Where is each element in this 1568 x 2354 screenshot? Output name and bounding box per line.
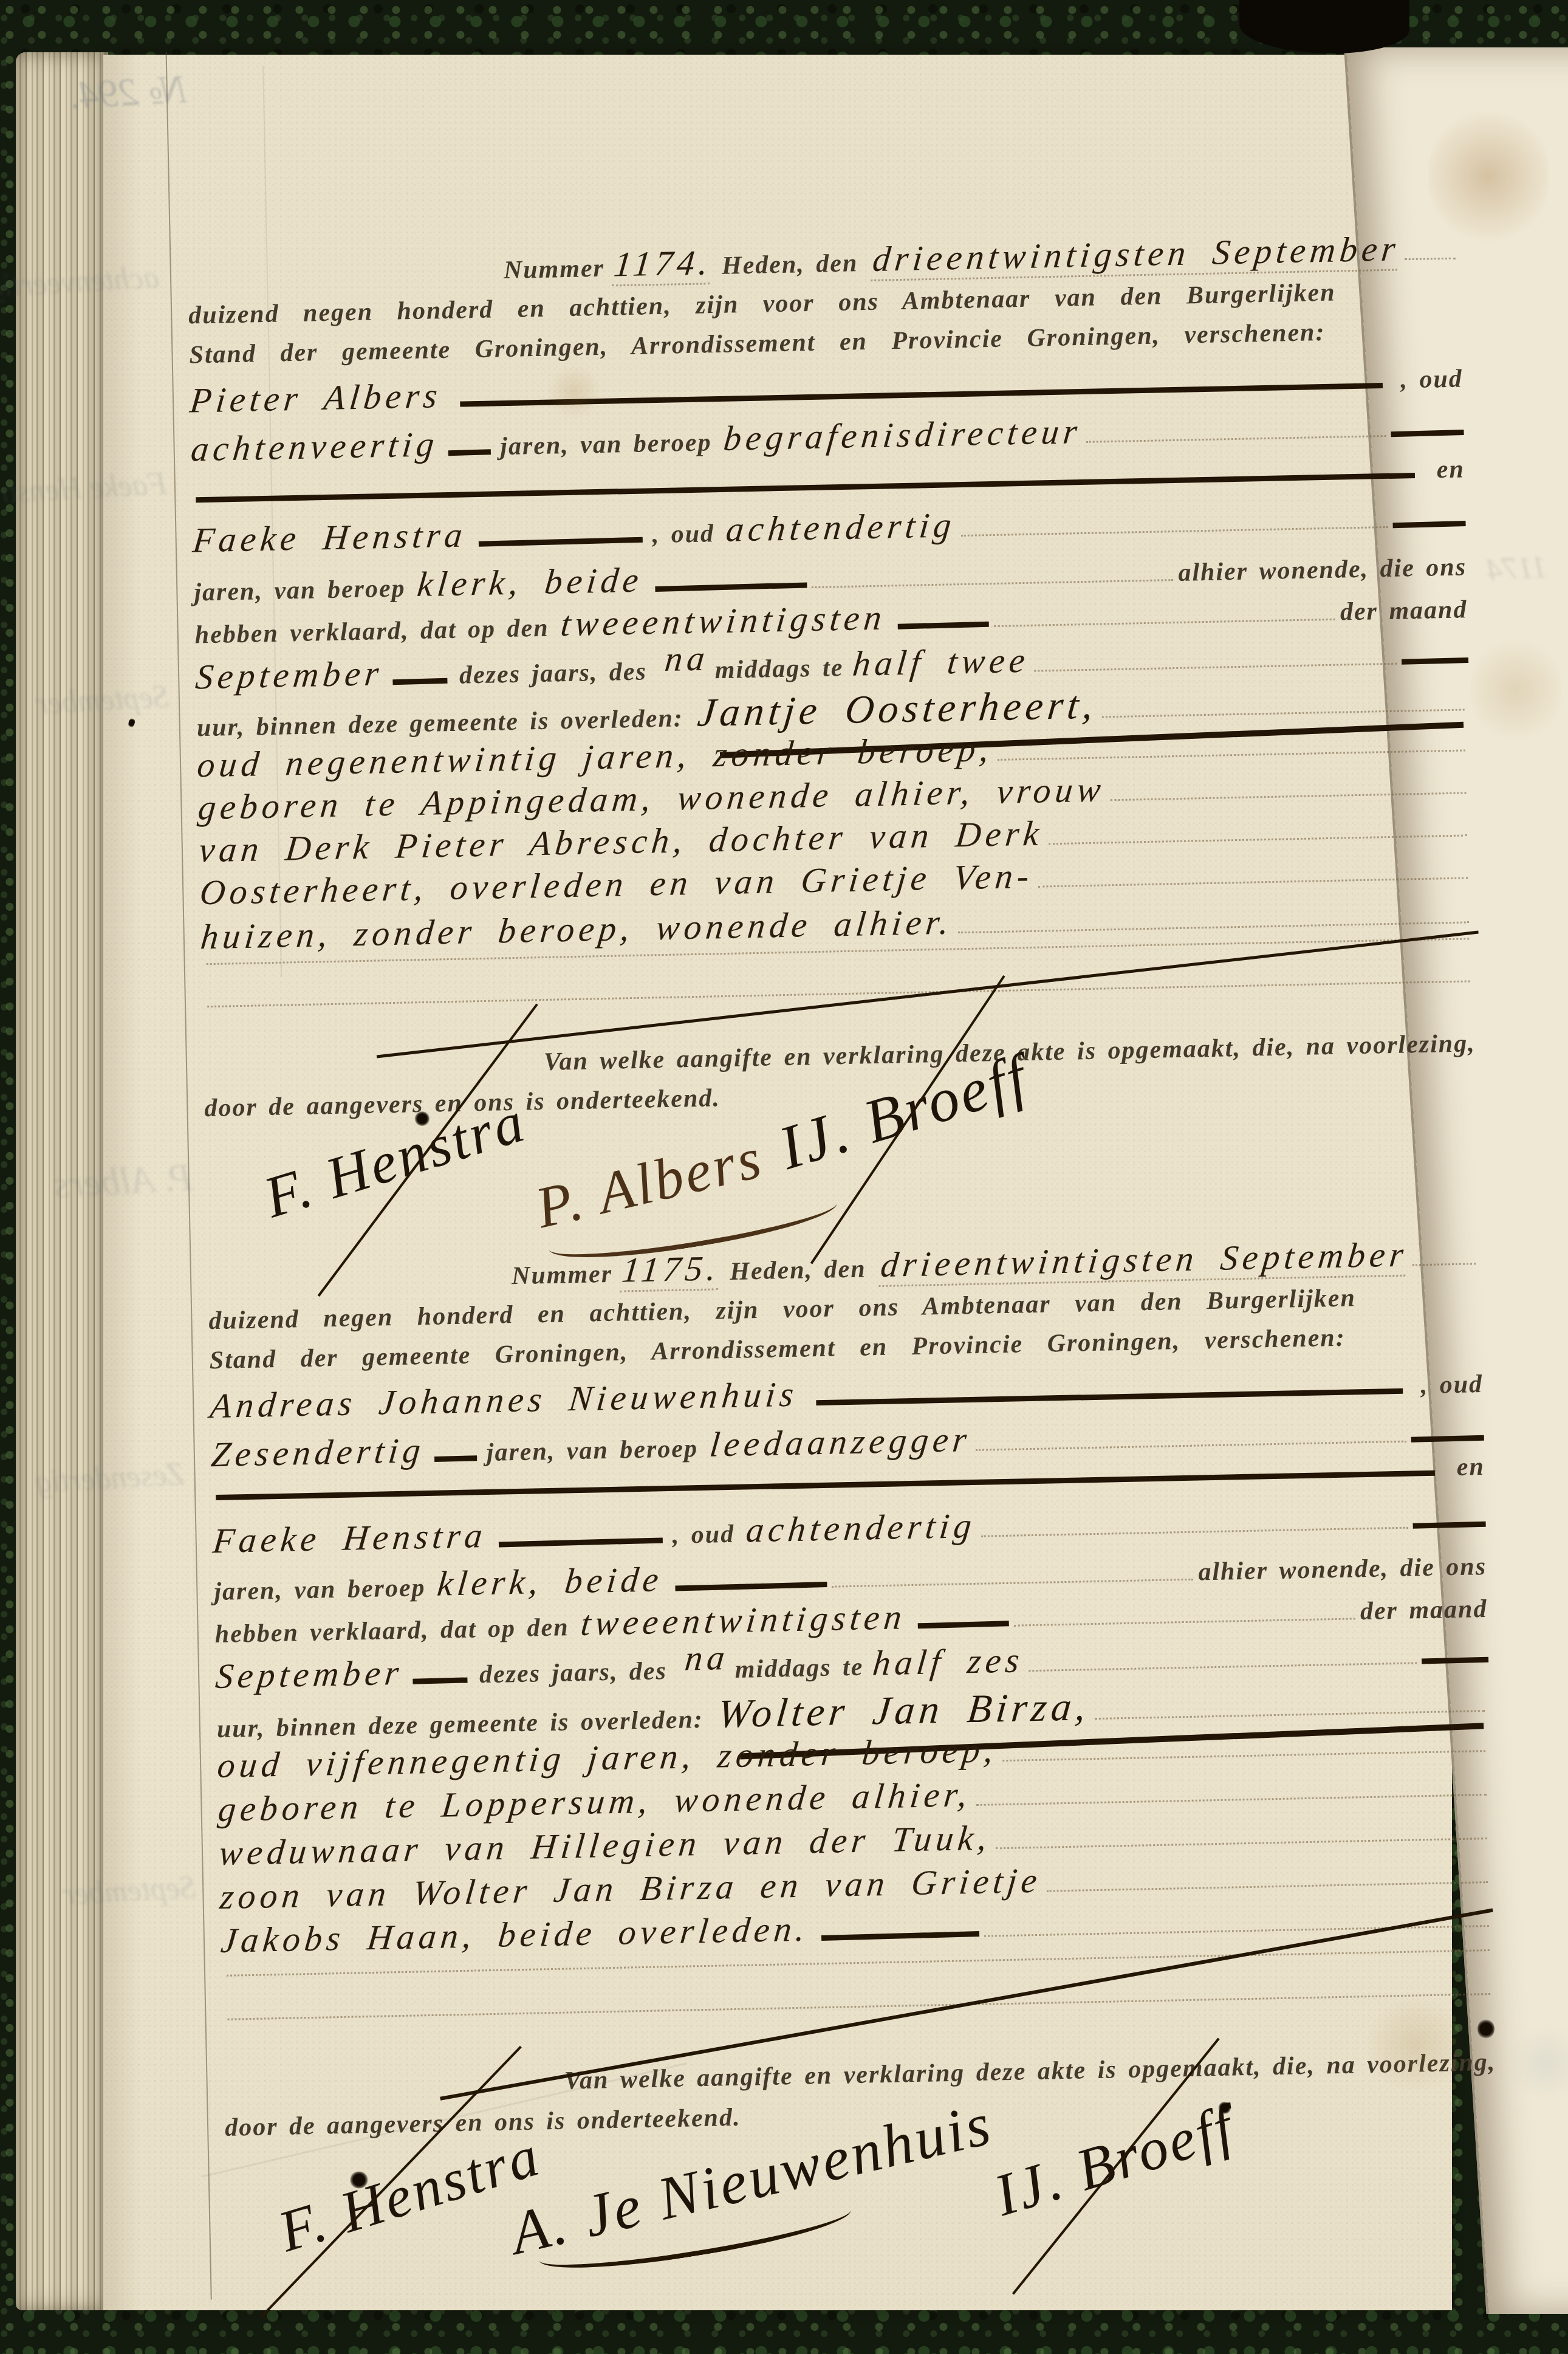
dotted-filler [994,619,1335,627]
maand-label: der maand [1340,595,1467,626]
declarant1-profession: begrafenisdirecteur [722,411,1083,459]
ink-dash [1411,1435,1484,1443]
number-label: Nummer [512,1260,613,1291]
dezes-label: dezes jaars, des [479,1656,668,1689]
paper-stain [1428,103,1549,249]
declarant2-age: achtendertig [724,504,957,550]
bleedthrough-text: P. Albers [9,1155,194,1209]
bleedthrough-text: September [13,679,170,723]
bleedthrough-text: 1174. [1486,549,1549,588]
na-value: na [683,1637,731,1679]
bleedthrough-text: Faeke Henstra [0,466,168,511]
dotted-filler [1034,663,1397,672]
act-number: 1174. [612,242,714,286]
declarant2-age: achtendertig [745,1505,978,1551]
indent-spacer [188,278,504,284]
dotted-filler [1110,792,1466,801]
indent-spacer [224,2089,564,2096]
dotted-filler [958,921,1469,933]
death-day: tweeentwintigsten [559,597,888,644]
bleedthrough-text: Zesendertig [22,1456,185,1500]
ink-dash [1413,1522,1486,1529]
dotted-filler [1412,1263,1476,1266]
beroep-label: jaren, van beroep [486,1434,698,1467]
declarant2-name: Faeke Henstra [191,514,468,560]
act-number: 1175. [620,1247,722,1292]
ink-dash [918,1621,1009,1628]
declarant2-name: Faeke Henstra [211,1515,488,1561]
number-label: Nummer [503,254,604,285]
ink-dash [655,582,807,592]
heden-label: Heden, den [722,249,858,280]
dotted-filler [976,1441,1406,1451]
dotted-filler [976,1794,1487,1806]
oud-label: , oud [672,1520,734,1550]
ink-dash [392,678,447,685]
dotted-filler [1086,435,1386,443]
heden-label: Heden, den [730,1254,866,1286]
oud-label: , oud [652,519,714,549]
dotted-filler [1038,877,1468,887]
dotted-filler [832,1579,1194,1588]
declarant1-name: Pieter Albers [188,375,443,420]
dotted-filler [1002,1750,1485,1762]
verklaard-label: hebben verklaard, dat op den [214,1613,569,1649]
ink-dash [675,1582,827,1591]
death-time: half zes [871,1639,1025,1683]
dotted-filler [996,1838,1487,1849]
declarant2-profession: klerk, beide [436,1559,665,1604]
ink-dash [479,537,643,547]
declarant2-profession: klerk, beide [416,560,645,605]
paper-stain [547,365,601,419]
act-date: drieentwintigsten September [871,228,1402,281]
bleedthrough-text: September [37,1869,197,1913]
ink-filler-line [816,1388,1403,1405]
middags-label: middags te [714,653,843,685]
dotted-filler [960,526,1388,537]
dotted-filler [228,1993,1491,2020]
ink-dash [434,1455,477,1462]
indent-spacer [204,1070,544,1077]
declarant1-name: Andreas Johannes Nieuwenhuis [208,1374,800,1427]
death-month: September [194,653,385,697]
act-date: drieentwintigsten September [878,1234,1409,1287]
oud-label: , oud [1420,1370,1483,1400]
verklaard-label: hebben verklaard, dat op den [194,614,549,650]
ink-dash [499,1537,663,1547]
dotted-filler [1046,1881,1488,1892]
dotted-filler [981,1527,1408,1537]
ink-dash [1391,430,1464,437]
declarant1-age: achtenveertig [189,424,440,469]
declarant1-age: Zesendertig [209,1430,426,1475]
stray-ink-mark [127,716,136,729]
death-act-1174: Nummer 1174. Heden, den drieentwintigste… [187,218,1477,1130]
declarant1-profession: leedaanzegger [708,1419,973,1465]
ink-filler-line [216,1470,1435,1500]
maand-label: der maand [1360,1594,1487,1626]
wonende-label: alhier wonende, die ons [1178,552,1467,588]
gutter-hole [1477,2019,1494,2039]
death-time: half twee [851,640,1032,684]
paper-stain [1361,1999,1470,2090]
closing-text: Van welke aangifte en verklaring deze ak… [564,2048,1496,2096]
act1175-blank-rule-2 [223,1993,1496,2020]
ink-dash [1422,1657,1488,1664]
indent-spacer [208,1284,512,1290]
wonende-label: alhier wonende, die ons [1198,1552,1487,1587]
en-label: en [1456,1452,1485,1482]
beroep-label: jaren, van beroep [500,428,712,461]
bleedthrough-page-number: № 294. [67,66,188,119]
ink-dash [413,1677,467,1684]
ink-dash [1392,521,1465,528]
death-act-1175: Nummer 1175. Heden, den drieentwintigste… [207,1226,1498,2151]
dotted-filler [1404,258,1455,261]
beroep-label: jaren, van beroep [214,1573,426,1607]
dezes-label: dezes jaars, des [459,657,648,690]
scanned-register-page: { "ghost": { "page_number": "№ 294." }, … [0,0,1568,2354]
dotted-filler [984,1925,1489,1937]
bleedthrough-text: achtenveertig [0,259,160,304]
dotted-filler [1029,1662,1417,1672]
middags-label: middags te [734,1653,863,1684]
detail-text: Jakobs Haan, beide overleden. [219,1908,811,1961]
na-value: na [663,637,711,679]
dotted-filler [1014,1618,1355,1626]
ink-dash [898,622,989,630]
beroep-label: jaren, van beroep [194,574,406,607]
ink-dash [821,1931,979,1941]
dotted-filler [1102,709,1465,718]
dotted-filler [1095,1710,1485,1720]
dotted-filler [812,579,1174,588]
ink-dash [1402,657,1468,665]
en-label: en [1436,455,1465,484]
ink-dash [448,449,490,456]
oud-label: , oud [1400,364,1463,394]
death-day: tweeentwintigsten [579,1596,908,1644]
death-month: September [214,1652,405,1697]
ink-filler-line [196,473,1415,503]
dotted-filler [998,749,1465,760]
dotted-filler [1049,834,1467,845]
paper-stain [1470,632,1561,747]
scan-content: № 294. achtenveertig Faeke Henstra Septe… [0,0,1568,2354]
